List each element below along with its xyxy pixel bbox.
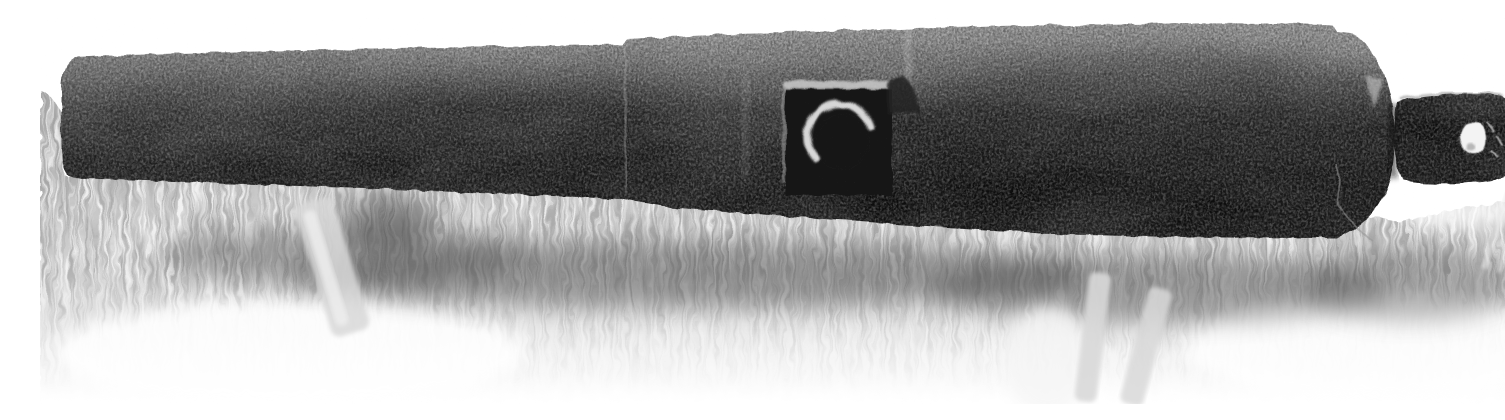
- cannon-photograph: Black-and-white halftone photograph of a…: [40, 16, 1505, 404]
- cannon-photo-svg: Black-and-white halftone photograph of a…: [40, 16, 1505, 404]
- film-grain-overlay: [40, 16, 1505, 404]
